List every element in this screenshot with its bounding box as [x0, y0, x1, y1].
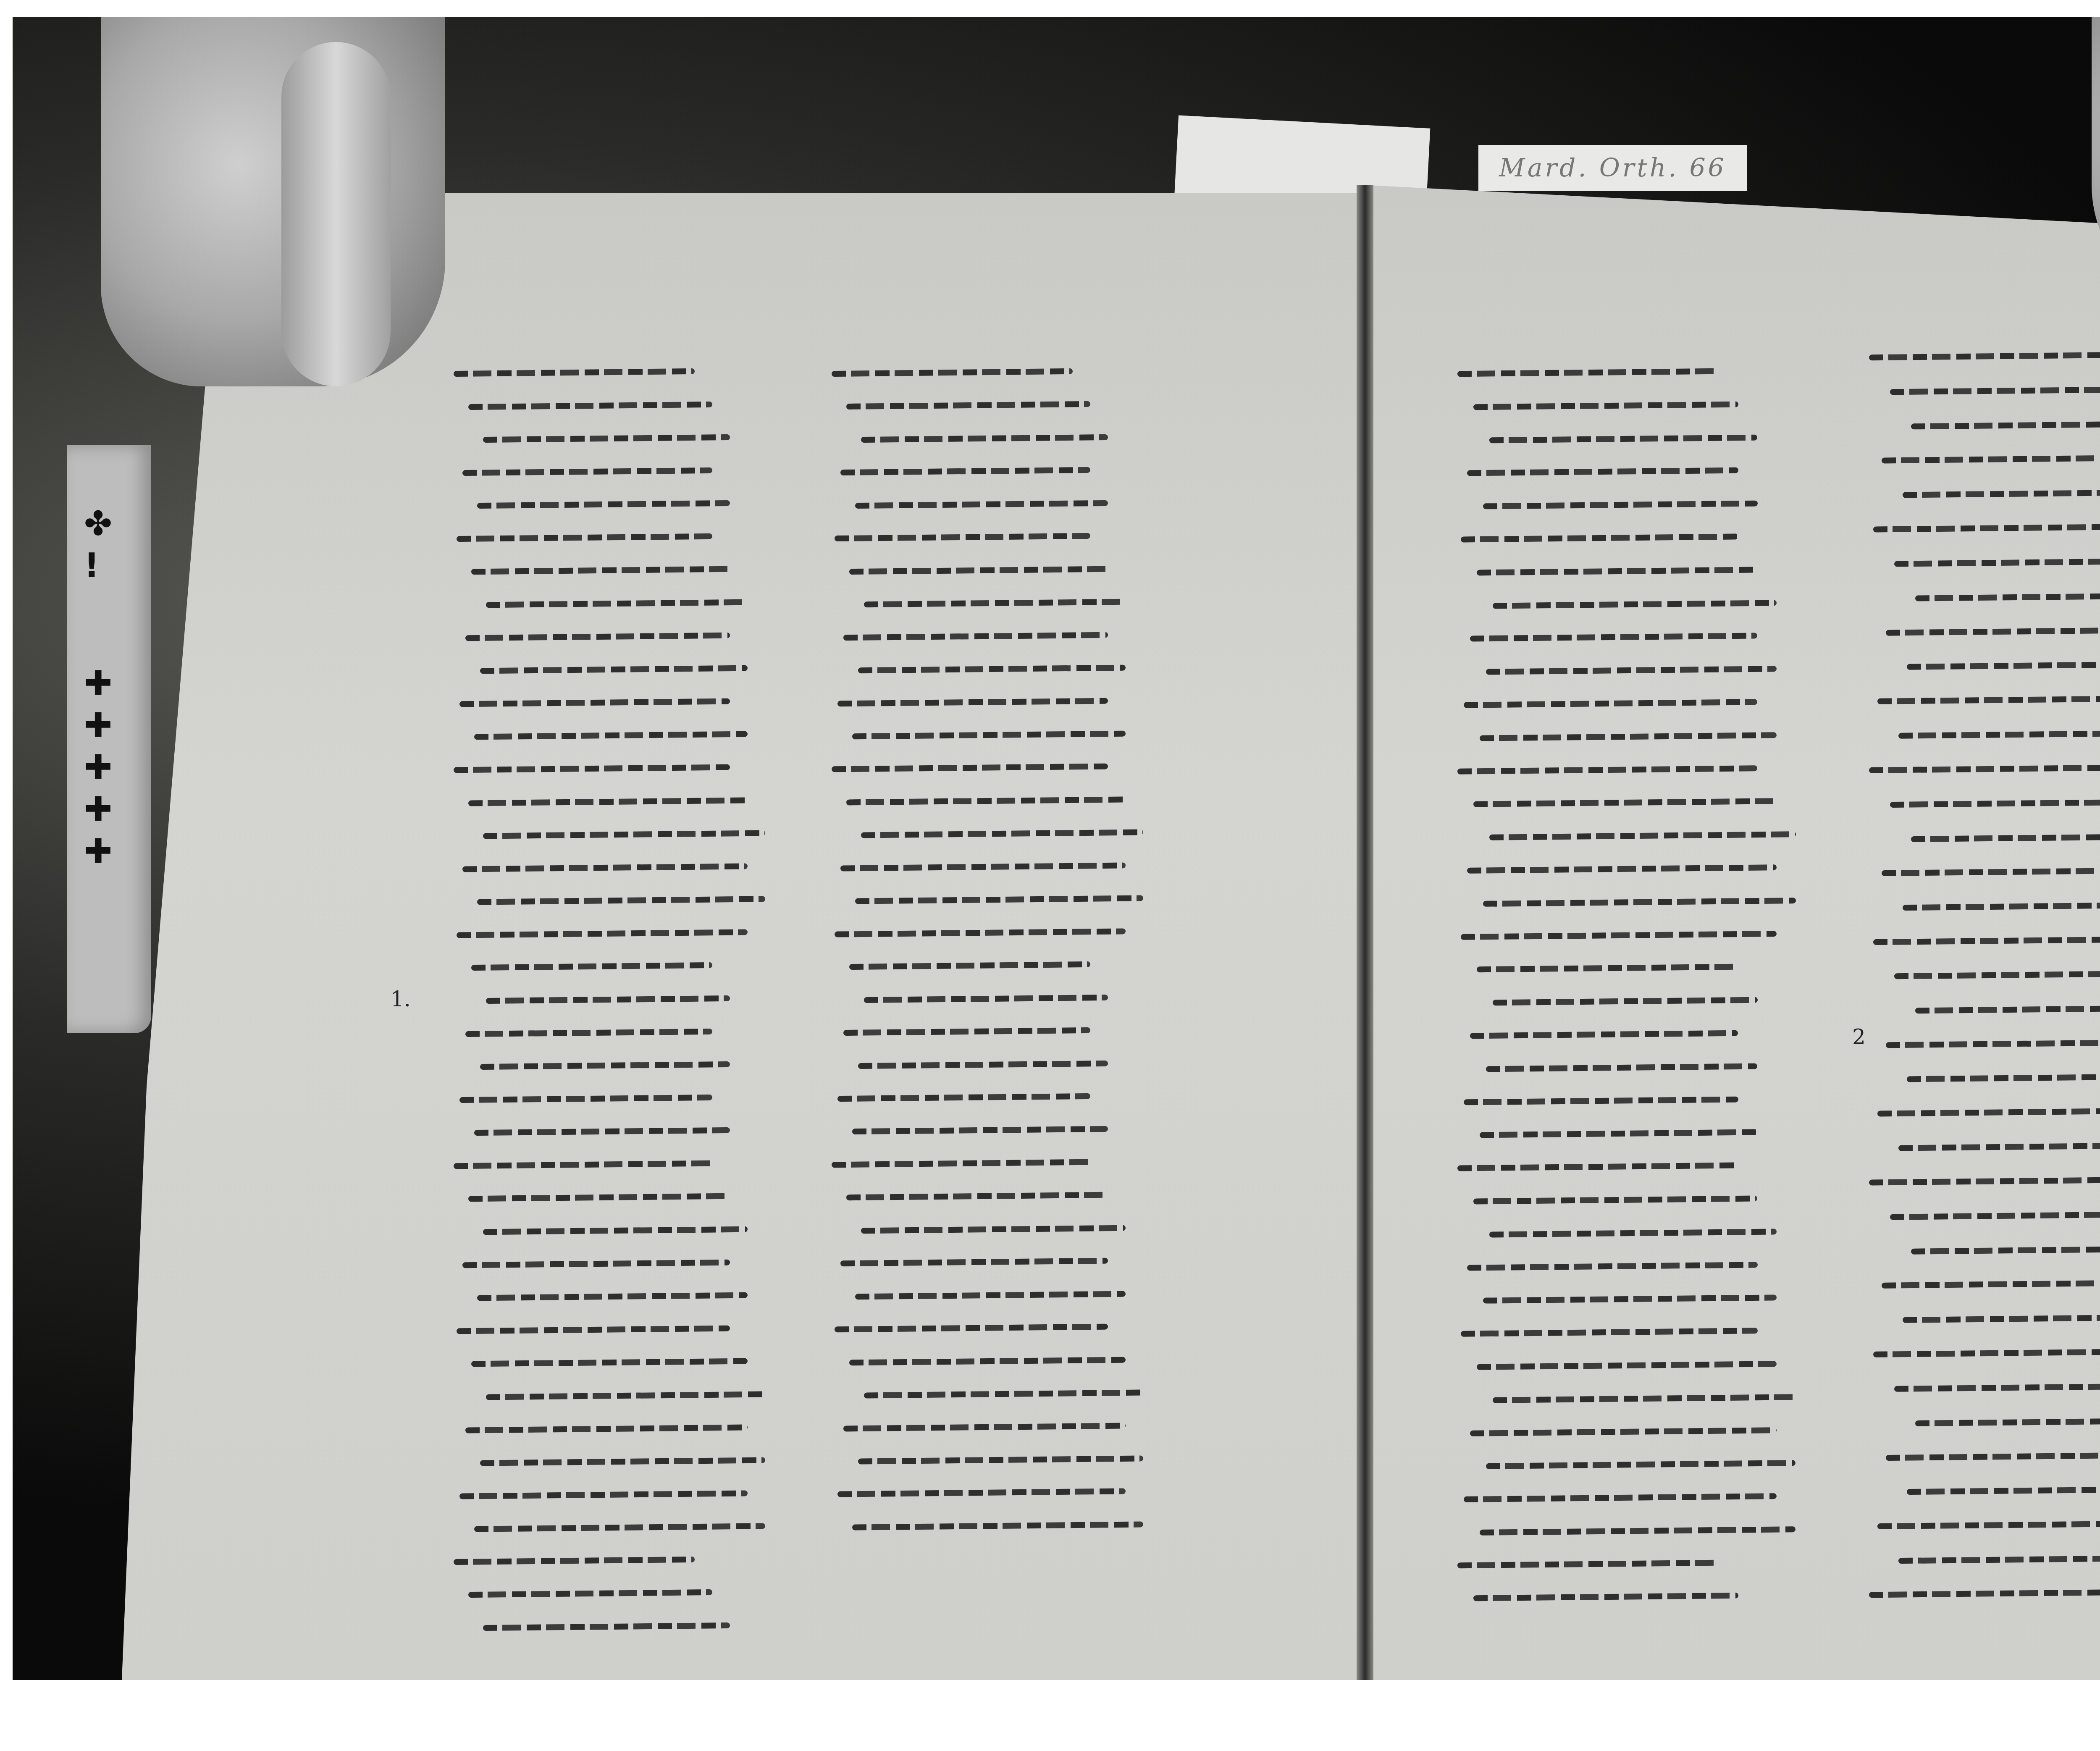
script-line: [1493, 1394, 1796, 1403]
script-line: [846, 1192, 1108, 1201]
script-line: [471, 566, 730, 575]
script-line: [1457, 1559, 1719, 1568]
script-line: [858, 1060, 1108, 1068]
script-line: [1470, 1030, 1738, 1039]
script-line: [1869, 351, 2100, 361]
script-line: [1890, 1210, 2100, 1220]
script-line: [1470, 633, 1757, 642]
script-line: [1480, 732, 1777, 741]
script-line: [1457, 765, 1757, 774]
script-line: [1461, 931, 1777, 940]
script-line: [1477, 567, 1758, 575]
script-line: [1473, 1593, 1738, 1601]
script-line: [1873, 523, 2100, 533]
script-line: [465, 632, 730, 641]
script-line: [858, 665, 1126, 674]
script-line: [852, 1126, 1108, 1134]
script-line: [483, 434, 730, 443]
script-line: [1907, 1073, 2100, 1082]
script-line: [1477, 964, 1738, 973]
script-line: [1915, 591, 2100, 601]
script-line: [1877, 1519, 2100, 1529]
script-line: [861, 434, 1108, 443]
book-gutter: [1357, 185, 1373, 1680]
script-line: [1480, 1526, 1795, 1536]
left-hand: [101, 17, 445, 386]
script-line: [1473, 1195, 1757, 1204]
script-line: [483, 1226, 748, 1235]
script-line: [1903, 1313, 2100, 1323]
script-line: [1898, 1141, 2100, 1151]
script-line: [468, 402, 712, 410]
script-line: [840, 1258, 1108, 1267]
script-line: [1877, 1107, 2100, 1117]
script-line: [1898, 1554, 2100, 1564]
script-line: [1464, 1493, 1777, 1502]
script-line: [477, 1292, 748, 1301]
script-line: [483, 830, 765, 839]
script-line: [465, 1028, 712, 1037]
script-line: [471, 962, 712, 971]
script-line: [1483, 898, 1796, 907]
script-line: [837, 1093, 1090, 1102]
script-line: [1489, 831, 1796, 840]
ornament-mark: !: [84, 546, 99, 585]
script-line: [864, 599, 1126, 608]
margin-numeral: 2: [1852, 1025, 1866, 1049]
script-line: [1486, 1460, 1795, 1469]
script-line: [835, 928, 1126, 937]
script-line: [1907, 1485, 2100, 1495]
script-line: [846, 796, 1126, 805]
script-line: [477, 500, 730, 509]
script-line: [1464, 1096, 1738, 1105]
script-line: [462, 1259, 730, 1268]
script-line: [1898, 729, 2100, 739]
script-line: [837, 1488, 1126, 1497]
script-line: [832, 764, 1108, 772]
script-line: [454, 1557, 695, 1565]
script-line: [1489, 1229, 1777, 1237]
script-line: [864, 995, 1108, 1003]
script-line: [459, 1095, 712, 1103]
script-line: [1915, 1004, 2100, 1013]
cross-mark: ✚: [84, 664, 112, 703]
script-line: [486, 599, 748, 608]
script-line: [1483, 501, 1758, 509]
script-line: [457, 533, 712, 542]
script-line: [837, 698, 1108, 706]
text-column: [1457, 370, 1777, 1600]
script-line: [454, 368, 695, 377]
cross-mark: ✚: [84, 706, 112, 745]
script-line: [1882, 866, 2100, 876]
script-line: [1467, 467, 1738, 476]
script-line: [843, 632, 1108, 641]
script-line: [474, 1127, 730, 1136]
script-line: [1911, 420, 2100, 429]
script-line: [1873, 1347, 2100, 1357]
script-line: [855, 895, 1143, 904]
script-line: [849, 566, 1108, 574]
script-line: [1894, 1382, 2100, 1392]
script-line: [840, 467, 1090, 475]
script-line: [459, 1490, 748, 1499]
text-column: [1869, 353, 2100, 1596]
cross-mark: ✚: [84, 832, 112, 871]
ornament-mark: ✤: [84, 504, 112, 543]
script-line: [1480, 1129, 1757, 1138]
script-line: [1903, 900, 2100, 911]
script-line: [468, 1193, 730, 1202]
script-line: [1915, 1416, 2100, 1426]
script-line: [462, 467, 712, 476]
script-line: [454, 764, 730, 773]
script-line: [1890, 385, 2100, 395]
script-line: [861, 1225, 1126, 1234]
script-line: [849, 1357, 1126, 1365]
script-line: [471, 1358, 748, 1367]
script-line: [1886, 1450, 2100, 1460]
script-line: [457, 1325, 730, 1334]
text-column: [832, 370, 1126, 1529]
script-line: [1877, 694, 2100, 704]
manuscript-photograph: ✤ ! ✚ ✚ ✚ ✚ ✚ Mard. Orth. 66 1. 2 ~ag: [13, 17, 2100, 1680]
script-line: [1886, 626, 2100, 635]
script-line: [480, 1061, 730, 1070]
script-line: [1873, 935, 2100, 945]
script-line: [468, 1589, 712, 1598]
script-line: [474, 731, 748, 740]
cross-mark: ✚: [84, 748, 112, 787]
script-line: [1493, 600, 1777, 609]
script-line: [486, 1391, 765, 1400]
script-line: [1869, 1176, 2100, 1185]
script-line: [1477, 1361, 1777, 1370]
script-line: [858, 1455, 1143, 1464]
script-line: [462, 863, 748, 872]
script-line: [468, 797, 748, 806]
script-line: [1473, 401, 1738, 410]
script-line: [480, 665, 748, 674]
script-line: [840, 862, 1126, 871]
script-line: [1467, 1262, 1758, 1271]
script-line: [1911, 1244, 2100, 1254]
script-line: [861, 830, 1143, 838]
script-line: [1886, 1038, 2100, 1048]
script-line: [457, 929, 748, 938]
script-line: [1869, 763, 2100, 773]
script-line: [835, 533, 1090, 541]
script-line: [459, 698, 730, 707]
script-line: [843, 1027, 1090, 1036]
script-line: [852, 731, 1126, 740]
script-line: [1894, 970, 2100, 979]
script-line: [1483, 1295, 1777, 1304]
script-line: [1464, 699, 1757, 708]
script-line: [1489, 434, 1757, 443]
text-column: [454, 370, 748, 1630]
script-line: [855, 1291, 1126, 1299]
script-line: [1470, 1427, 1777, 1436]
script-line: [855, 500, 1108, 509]
script-line: [465, 1424, 748, 1433]
shelfmark-text: Mard. Orth. 66: [1499, 153, 1727, 183]
decorated-object: ✤ ! ✚ ✚ ✚ ✚ ✚: [67, 445, 151, 1033]
script-line: [849, 961, 1090, 970]
script-line: [1911, 832, 2100, 842]
script-line: [1461, 1328, 1758, 1336]
margin-numeral: 1.: [391, 987, 411, 1011]
left-thumb: [281, 42, 391, 386]
script-line: [1457, 1163, 1738, 1171]
script-line: [480, 1457, 765, 1466]
script-line: [1907, 660, 2100, 670]
script-line: [454, 1160, 712, 1169]
script-line: [1486, 1063, 1757, 1072]
script-line: [1890, 798, 2100, 808]
script-line: [835, 1324, 1108, 1333]
script-line: [1457, 368, 1719, 377]
script-line: [1894, 557, 2100, 567]
script-line: [864, 1390, 1143, 1399]
script-line: [486, 995, 730, 1004]
script-line: [1486, 666, 1777, 675]
shelfmark-label: Mard. Orth. 66: [1478, 145, 1747, 191]
script-line: [1882, 454, 2100, 464]
script-line: [1493, 997, 1758, 1006]
cross-mark: ✚: [84, 790, 112, 829]
script-line: [846, 401, 1090, 410]
script-line: [474, 1523, 765, 1532]
script-line: [1473, 798, 1777, 808]
script-line: [832, 368, 1073, 377]
script-line: [832, 1159, 1090, 1168]
script-line: [1882, 1279, 2100, 1289]
script-line: [1467, 864, 1777, 874]
script-line: [477, 896, 765, 905]
script-line: [843, 1423, 1126, 1431]
script-line: [1461, 534, 1738, 543]
script-line: [1903, 488, 2100, 498]
